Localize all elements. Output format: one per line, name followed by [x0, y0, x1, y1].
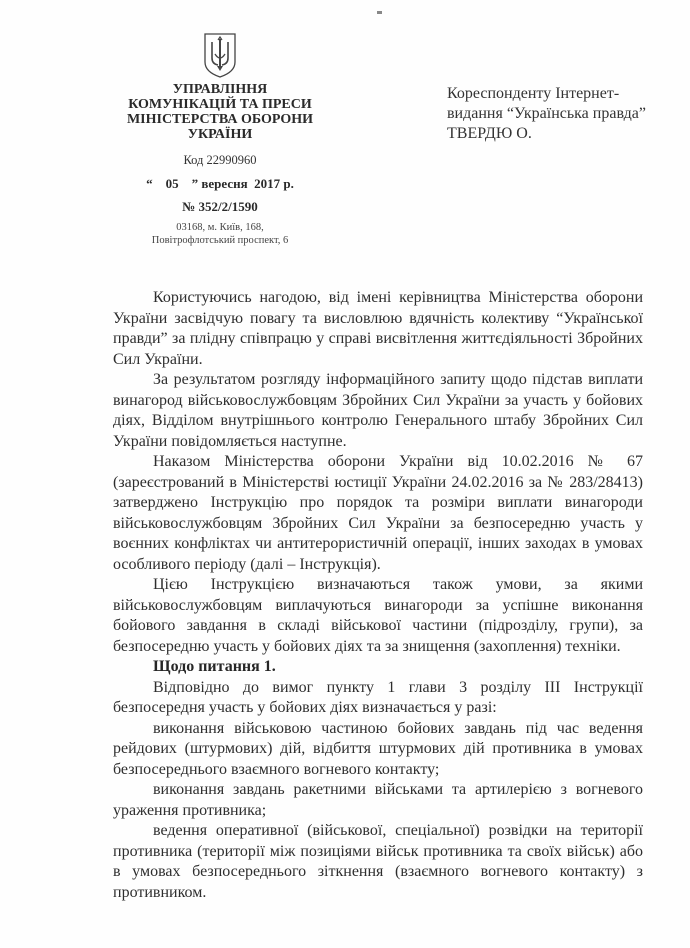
letter-page: УПРАВЛІННЯ КОМУНІКАЦІЙ ТА ПРЕСИ МІНІСТЕР…	[0, 0, 690, 948]
letter-date: “ 05 ” вересня 2017 р.	[120, 176, 320, 191]
section-paragraph: виконання завдань ракетними військами та…	[113, 780, 643, 821]
scan-artifact-mark	[377, 11, 382, 14]
organization-name: УПРАВЛІННЯ КОМУНІКАЦІЙ ТА ПРЕСИ МІНІСТЕР…	[120, 82, 320, 142]
org-name-line: УПРАВЛІННЯ	[120, 82, 320, 97]
org-name-line: УКРАЇНИ	[120, 127, 320, 142]
org-name-line: МІНІСТЕРСТВА ОБОРОНИ	[120, 112, 320, 127]
body-paragraph: Цією Інструкцією визначаються також умов…	[113, 575, 643, 657]
address-line: 03168, м. Київ, 168,	[120, 221, 320, 234]
organization-code: Код 22990960	[120, 153, 320, 167]
body-paragraph: Наказом Міністерства оборони України від…	[113, 452, 643, 575]
section-paragraph: Відповідно до вимог пункту 1 глави 3 роз…	[113, 678, 643, 719]
registration-number: № 352/2/1590	[120, 199, 320, 214]
section-paragraph: ведення оперативної (військової, спеціал…	[113, 821, 643, 903]
letter-body: Користуючись нагодою, від імені керівниц…	[113, 288, 643, 903]
section-heading: Щодо питання 1.	[113, 657, 643, 678]
recipient-line: Кореспонденту Інтернет-	[447, 84, 677, 104]
tryzub-coat-of-arms-icon	[203, 32, 237, 78]
organization-address: 03168, м. Київ, 168, Повітрофлотський пр…	[120, 221, 320, 247]
body-paragraph: За результатом розгляду інформаційного з…	[113, 370, 643, 452]
recipient-line: ТВЕРДЮ О.	[447, 124, 677, 144]
recipient-block: Кореспонденту Інтернет- видання “Українс…	[447, 84, 677, 144]
address-line: Повітрофлотський проспект, 6	[120, 234, 320, 247]
org-name-line: КОМУНІКАЦІЙ ТА ПРЕСИ	[120, 97, 320, 112]
letterhead: УПРАВЛІННЯ КОМУНІКАЦІЙ ТА ПРЕСИ МІНІСТЕР…	[120, 32, 320, 247]
recipient-line: видання “Українська правда”	[447, 104, 677, 124]
section-paragraph: виконання військовою частиною бойових за…	[113, 719, 643, 781]
body-paragraph: Користуючись нагодою, від імені керівниц…	[113, 288, 643, 370]
